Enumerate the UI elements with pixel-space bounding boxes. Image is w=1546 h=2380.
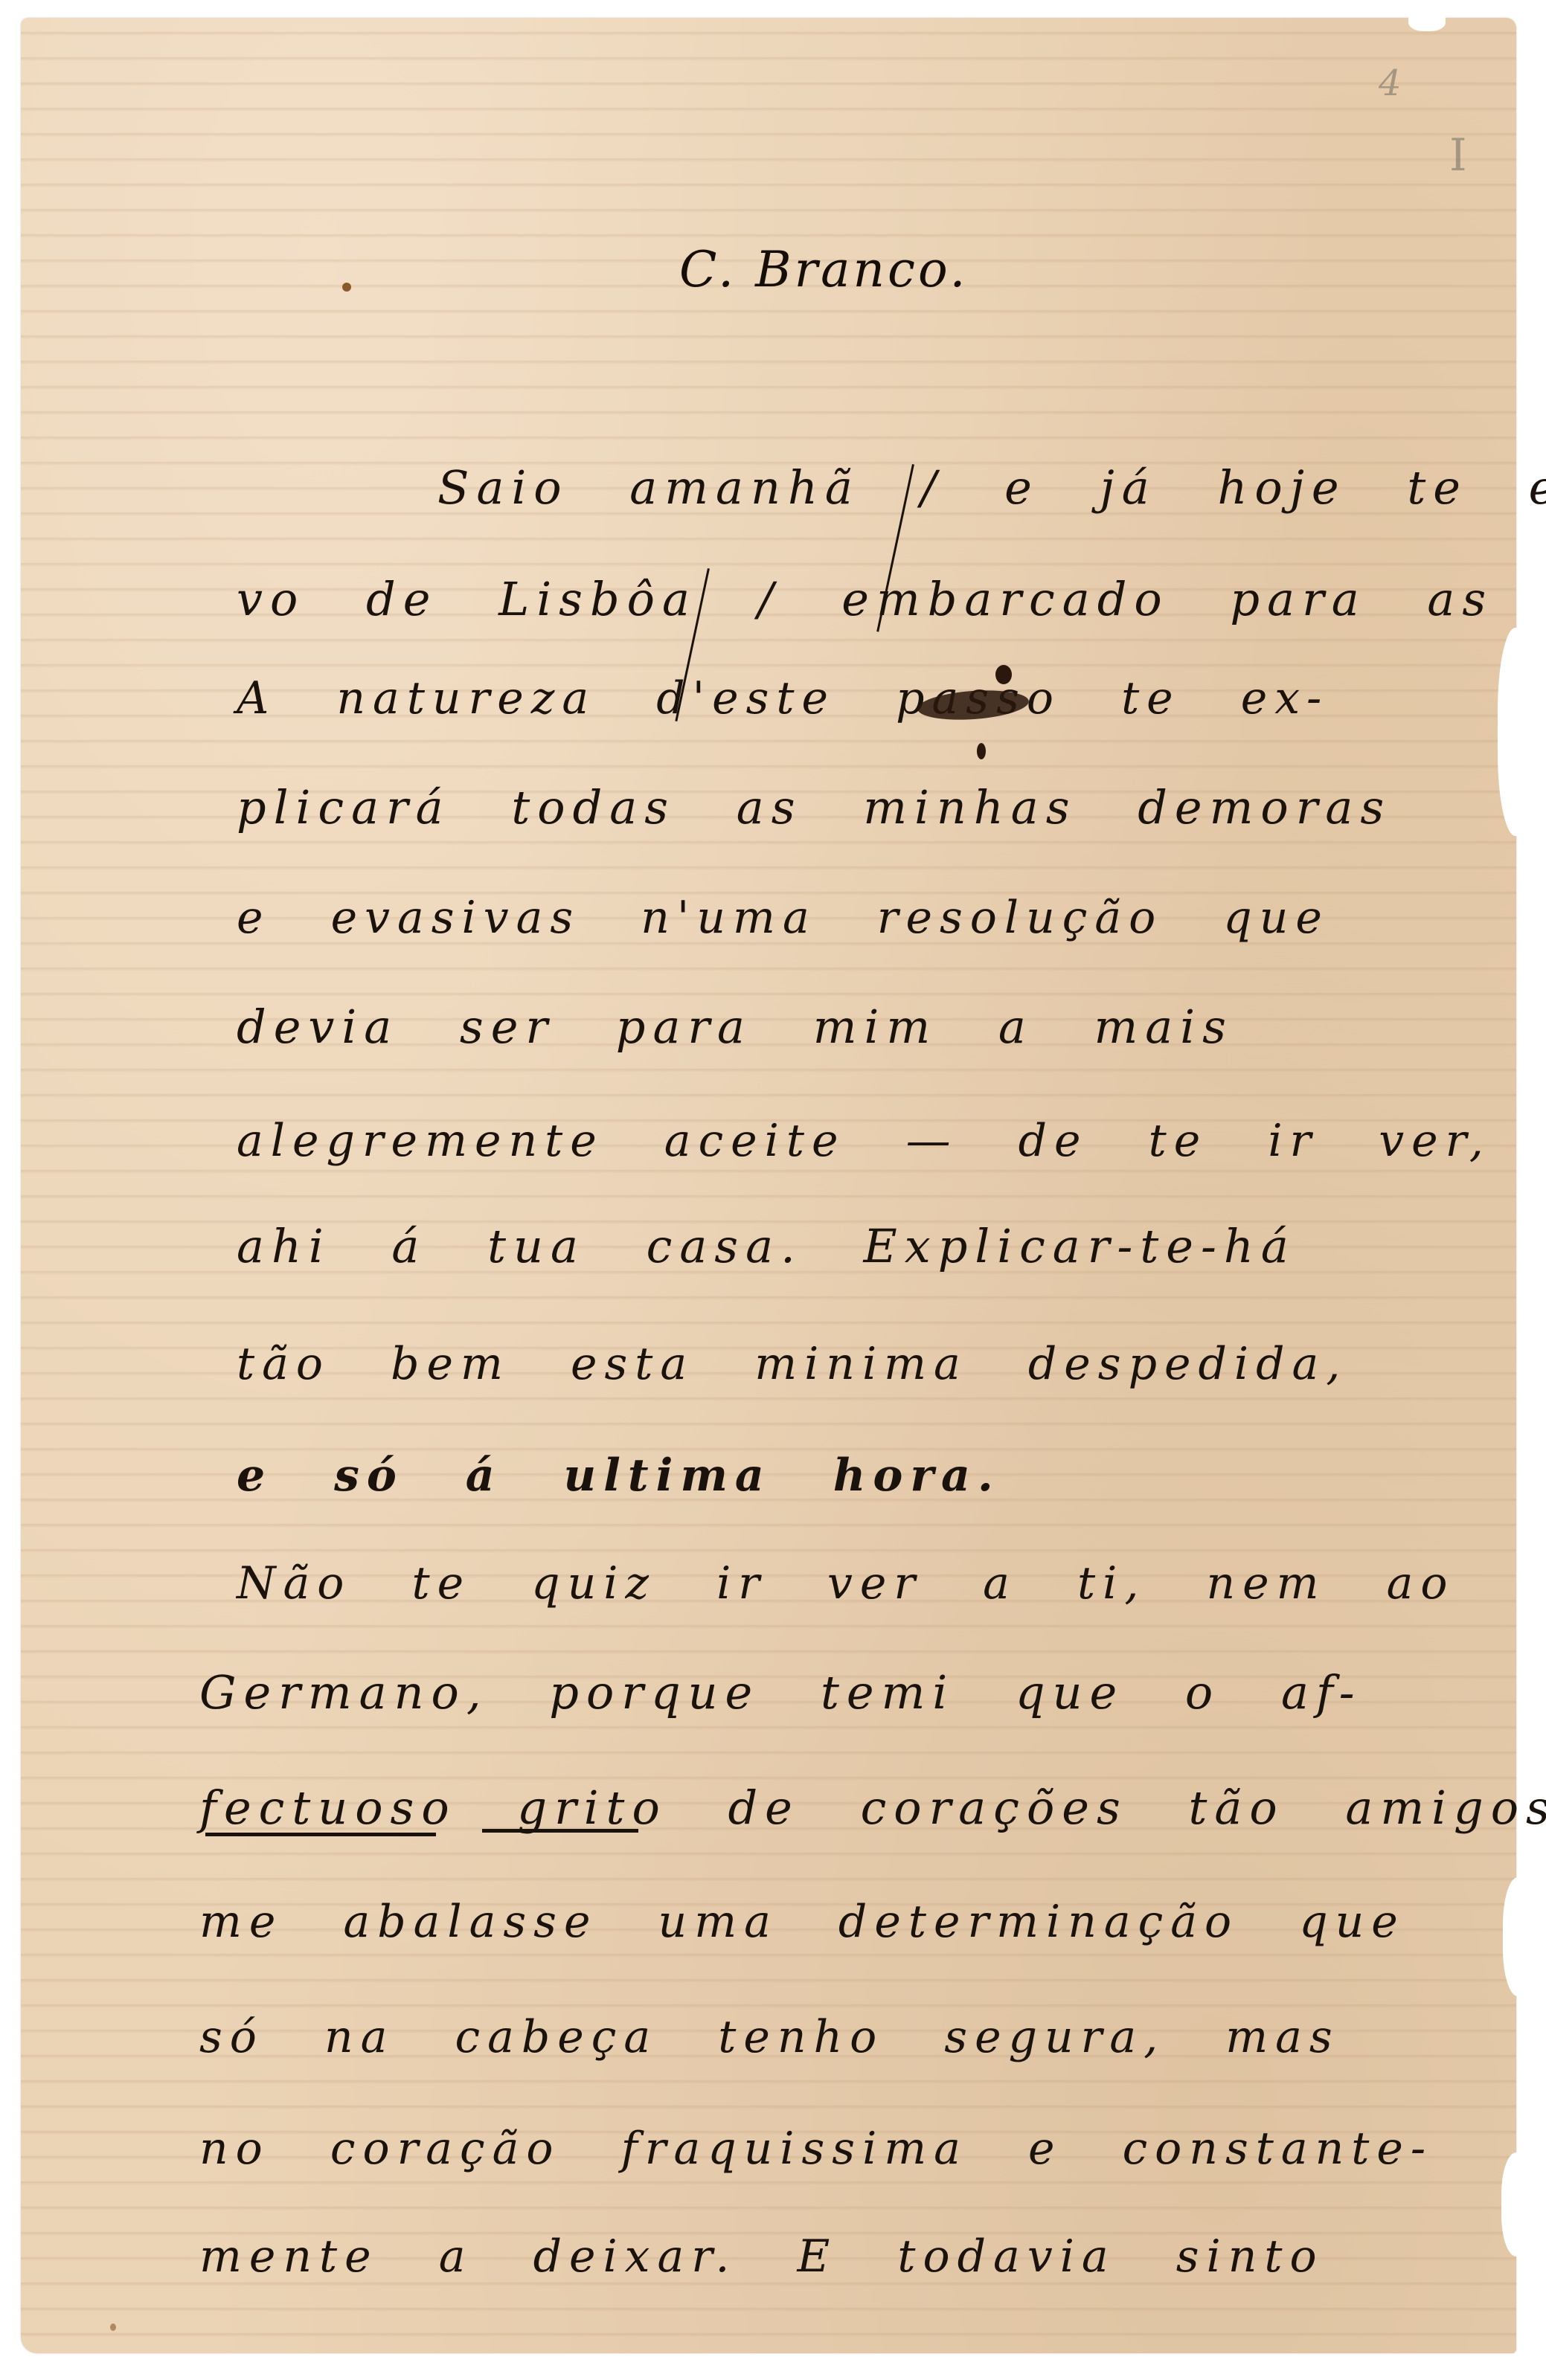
- letter-line-6: devia ser para mim a mais: [237, 1000, 1234, 1054]
- underline-fectuoso: [205, 1833, 436, 1836]
- letter-line-10: e só á ultima hora.: [237, 1450, 1001, 1502]
- letter-line-8: ahi á tua casa. Explicar-te-há: [237, 1219, 1296, 1273]
- letter-line-9: tão bem esta minima despedida,: [237, 1338, 1347, 1390]
- letter-line-16: no coração fraquissima e constante-: [199, 2123, 1433, 2175]
- ink-blot: [977, 743, 986, 759]
- underline-grito: [482, 1829, 638, 1833]
- letter-heading: C. Branco.: [679, 241, 969, 298]
- letter-line-5: e evasivas n'uma resolução que: [237, 892, 1330, 944]
- pencil-roman-numeral: I: [1449, 129, 1467, 181]
- pencil-number: 4: [1379, 62, 1402, 104]
- manuscript-page: 4 I C. Branco. Saio amanhã / e já hoje t…: [21, 18, 1516, 2353]
- letter-line-1: Saio amanhã / e já hoje te escre-: [437, 460, 1546, 515]
- letter-line-15: só na cabeça tenho segura, mas: [199, 2011, 1340, 2063]
- letter-line-2: vo de Lisbôa / embarcado para as Ilhas.: [237, 572, 1546, 626]
- paper-tear: [1498, 628, 1542, 836]
- letter-line-3: A natureza d'este passo te ex-: [237, 672, 1329, 724]
- letter-line-17: mente a deixar. E todavia sinto: [199, 2231, 1324, 2283]
- ink-stain: [110, 2323, 116, 2331]
- paper-tear: [1501, 2152, 1539, 2257]
- ink-blot: [995, 665, 1012, 684]
- paper-tear: [1503, 1877, 1540, 1996]
- paper-tear: [1408, 9, 1446, 31]
- letter-line-13: fectuoso grito de corações tão amigos: [199, 1781, 1546, 1835]
- letter-line-4: plicará todas as minhas demoras: [237, 780, 1391, 834]
- line-3-text: A natureza d'este passo te ex-: [237, 672, 1329, 724]
- letter-line-14: me abalasse uma determinação que: [199, 1896, 1405, 1948]
- ink-stain: [342, 283, 351, 292]
- letter-line-12: Germano, porque temi que o af-: [199, 1665, 1362, 1720]
- letter-line-7: alegremente aceite — de te ir ver,: [237, 1115, 1491, 1167]
- letter-line-11: Não te quiz ir ver a ti, nem ao: [237, 1557, 1454, 1609]
